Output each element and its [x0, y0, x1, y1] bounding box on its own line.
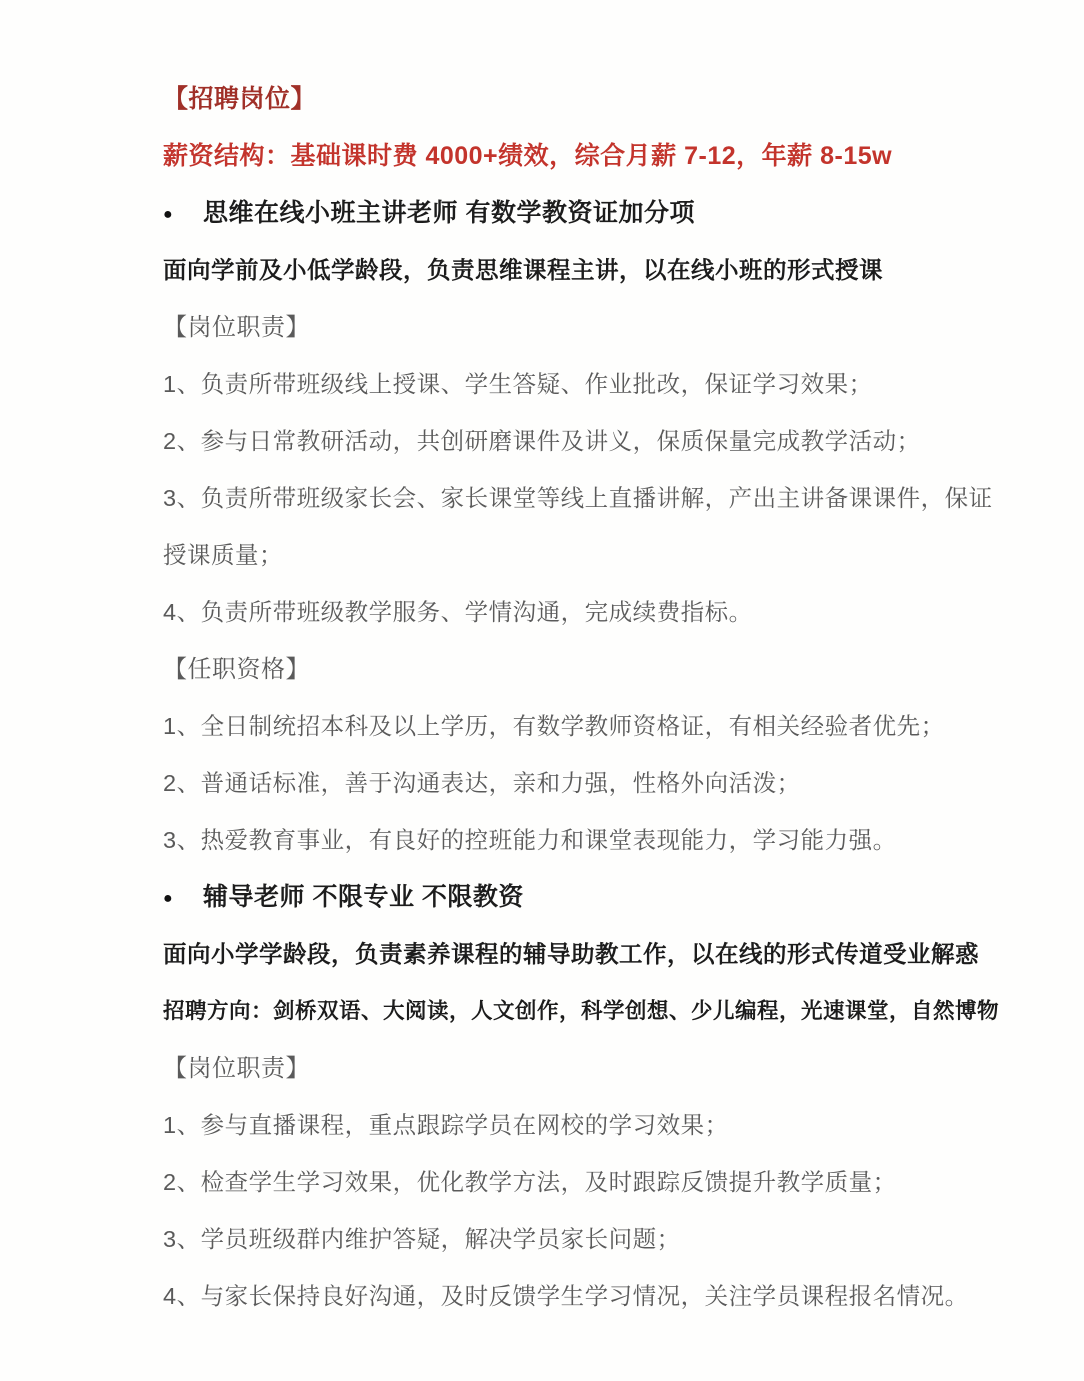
- section-qualifications: 【任职资格】: [163, 641, 1044, 698]
- duty-item: 3、负责所带班级家长会、家长课堂等线上直播讲解，产出主讲备课课件，保证: [163, 470, 1044, 527]
- duty-item-continuation: 授课质量；: [163, 527, 1044, 584]
- job-heading-main-teacher-text: 思维在线小班主讲老师 有数学教资证加分项: [203, 199, 695, 227]
- duty-item: 3、学员班级群内维护答疑，解决学员家长问题；: [163, 1211, 1044, 1268]
- duty-item: 4、与家长保持良好沟通，及时反馈学生学习情况，关注学员课程报名情况。: [163, 1268, 1044, 1325]
- bullet-icon: ●: [163, 870, 203, 926]
- duty-item: 2、检查学生学习效果，优化教学方法，及时跟踪反馈提升教学质量；: [163, 1154, 1044, 1211]
- recruitment-title: 【招聘岗位】: [163, 71, 1044, 128]
- bullet-icon: ●: [163, 186, 203, 242]
- document-page: 【招聘岗位】 薪资结构：基础课时费 4000+绩效，综合月薪 7-12，年薪 8…: [0, 0, 1084, 1381]
- job-summary-tutor: 面向小学学龄段，负责素养课程的辅导助教工作，以在线的形式传道受业解惑: [163, 926, 1044, 983]
- job-summary-main-teacher: 面向学前及小低学龄段，负责思维课程主讲，以在线小班的形式授课: [163, 242, 1044, 299]
- section-duties-2: 【岗位职责】: [163, 1040, 1044, 1097]
- job-heading-main-teacher: ●思维在线小班主讲老师 有数学教资证加分项: [163, 185, 1044, 242]
- qualification-item: 2、普通话标准，善于沟通表达，亲和力强，性格外向活泼；: [163, 755, 1044, 812]
- section-duties-1: 【岗位职责】: [163, 299, 1044, 356]
- job-heading-tutor-text: 辅导老师 不限专业 不限教资: [203, 883, 524, 911]
- job-heading-tutor: ●辅导老师 不限专业 不限教资: [163, 869, 1044, 926]
- document-content: 【招聘岗位】 薪资结构：基础课时费 4000+绩效，综合月薪 7-12，年薪 8…: [0, 0, 1084, 1325]
- recruiting-directions-line: 招聘方向：剑桥双语、大阅读，人文创作，科学创想、少儿编程，光速课堂，自然博物: [163, 983, 1044, 1040]
- duty-item: 4、负责所带班级教学服务、学情沟通，完成续费指标。: [163, 584, 1044, 641]
- salary-structure-line: 薪资结构：基础课时费 4000+绩效，综合月薪 7-12，年薪 8-15w: [163, 128, 1044, 185]
- qualification-item: 1、全日制统招本科及以上学历，有数学教师资格证，有相关经验者优先；: [163, 698, 1044, 755]
- qualification-item: 3、热爱教育事业，有良好的控班能力和课堂表现能力，学习能力强。: [163, 812, 1044, 869]
- duty-item: 1、参与直播课程，重点跟踪学员在网校的学习效果；: [163, 1097, 1044, 1154]
- duty-item: 2、参与日常教研活动，共创研磨课件及讲义，保质保量完成教学活动；: [163, 413, 1044, 470]
- duty-item: 1、负责所带班级线上授课、学生答疑、作业批改，保证学习效果；: [163, 356, 1044, 413]
